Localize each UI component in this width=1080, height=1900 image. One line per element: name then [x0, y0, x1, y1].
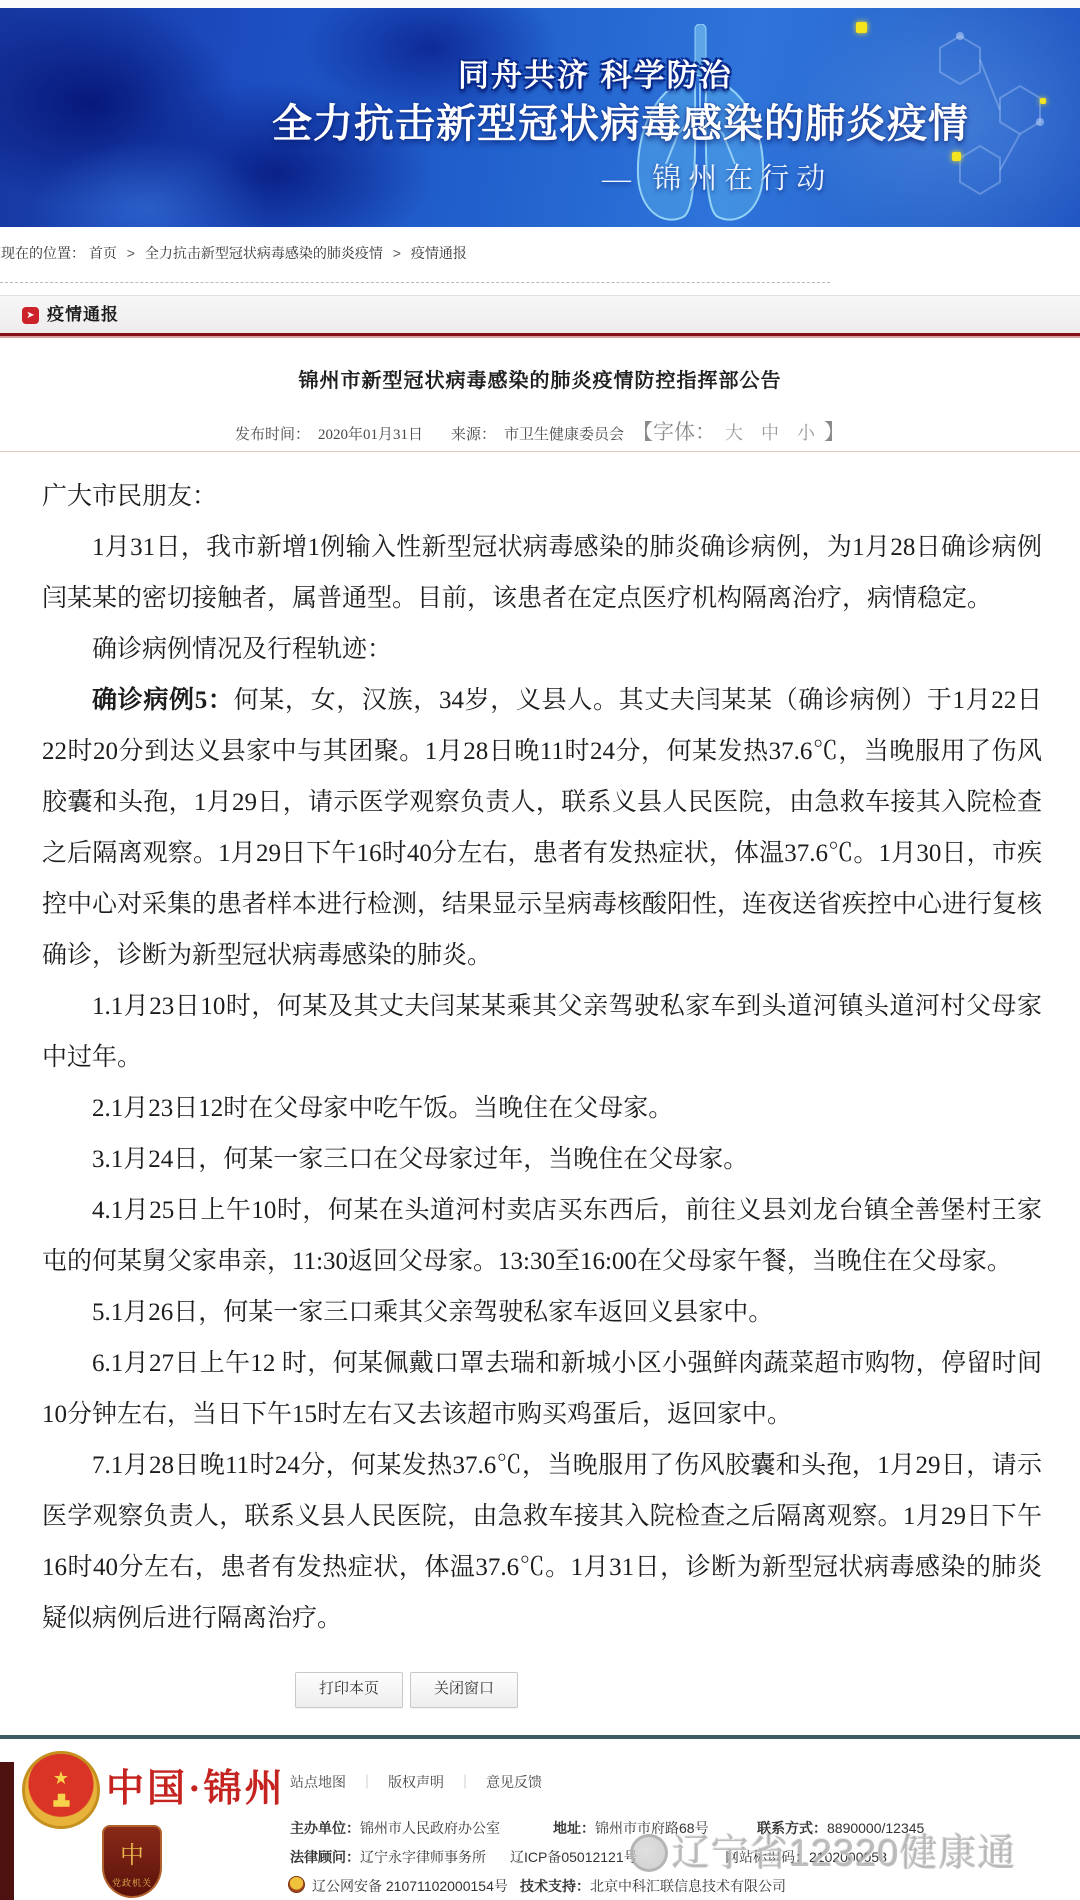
paragraph-text: 5.1月26日，何某一家三口乘其父亲驾驶私家车返回义县家中。 [92, 1299, 773, 1326]
font-size-small[interactable]: 小 [797, 423, 815, 443]
breadcrumb-item-category[interactable]: 全力抗击新型冠状病毒感染的肺炎疫情 [145, 245, 383, 261]
print-page-button[interactable]: 打印本页 [295, 1672, 403, 1708]
font-size-large[interactable]: 大 [725, 423, 743, 443]
paragraph-text: 1.1月23日10时，何某及其丈夫闫某某乘其父亲驾驶私家车到头道河镇头道河村父母… [42, 993, 1042, 1071]
footer-links: 站点地图｜版权声明｜意见反馈 [290, 1772, 542, 1792]
footer-link-sitemap[interactable]: 站点地图 [290, 1774, 346, 1790]
paragraph-text: 3.1月24日，何某一家三口在父母家过年，当晚住在父母家。 [92, 1146, 748, 1173]
virus-blob-decoration [0, 8, 240, 208]
tech-support-item: 技术支持：北京中科汇联信息技术有限公司 [520, 1876, 786, 1896]
paragraph-text: 广大市民朋友： [42, 483, 217, 510]
public-security-item[interactable]: 辽公网安备 21071102000154号 [290, 1876, 508, 1896]
breadcrumb: 您现在的位置： 首页 > 全力抗击新型冠状病毒感染的肺炎疫情 > 疫情通报 [0, 243, 467, 263]
section-title: 疫情通报 [47, 296, 119, 334]
paragraph-text: 何某，女，汉族，34岁，义县人。其丈夫闫某某（确诊病例）于1月22日22时20分… [42, 687, 1042, 969]
source-label: 来源： [451, 427, 496, 443]
footer-link-feedback[interactable]: 意见反馈 [486, 1774, 542, 1790]
font-size-label-open: 【字体： [632, 421, 716, 444]
article-paragraph: 5.1月26日，何某一家三口乘其父亲驾驶私家车返回义县家中。 [42, 1287, 1042, 1338]
party-badge-icon: 中 党政机关 [102, 1825, 162, 1898]
article-paragraph: 7.1月28日晚11时24分，何某发热37.6℃，当晚服用了伤风胶囊和头孢，1月… [42, 1440, 1042, 1644]
banner-title: 全力抗击新型冠状病毒感染的肺炎疫情 [272, 92, 969, 149]
publish-time-label: 发布时间： [235, 427, 310, 443]
footer-site-name: 中国·锦州 [106, 1757, 286, 1812]
breadcrumb-separator: > [127, 245, 135, 261]
article-paragraph: 广大市民朋友： [42, 471, 1042, 522]
footer-left-strip [0, 1762, 14, 1900]
article-paragraph: 2.1月23日12时在父母家中吃午饭。当晚住在父母家。 [42, 1083, 1042, 1134]
article-meta: 发布时间：2020年01月31日来源：市卫生健康委员会【字体：大中小】 [0, 416, 1080, 446]
close-window-button[interactable]: 关闭窗口 [410, 1672, 518, 1708]
article-paragraph: 确诊病例情况及行程轨迹： [42, 624, 1042, 675]
breadcrumb-separator: > [393, 245, 401, 261]
section-divider-light [0, 336, 1080, 338]
article-body: 广大市民朋友：1月31日，我市新增1例输入性新型冠状病毒感染的肺炎确诊病例，为1… [42, 471, 1042, 1644]
paragraph-text: 2.1月23日12时在父母家中吃午饭。当晚住在父母家。 [92, 1095, 673, 1122]
dashed-divider [0, 282, 830, 283]
national-emblem-icon: ★ ▟▙ [22, 1751, 100, 1829]
breadcrumb-label: 您现在的位置： [0, 245, 85, 261]
breadcrumb-item-current[interactable]: 疫情通报 [411, 245, 467, 261]
banner-slogan: 同舟共济 科学防治 [458, 50, 733, 95]
section-arrow-icon: ➤ [22, 307, 39, 324]
paragraph-text: 确诊病例情况及行程轨迹： [92, 636, 392, 663]
icp-license-item[interactable]: 辽ICP备05012121号 [510, 1847, 638, 1867]
article-title: 锦州市新型冠状病毒感染的肺炎疫情防控指挥部公告 [0, 364, 1080, 393]
article-paragraph: 1.1月23日10时，何某及其丈夫闫某某乘其父亲驾驶私家车到头道河镇头道河村父母… [42, 981, 1042, 1083]
article-paragraph: 4.1月25日上午10时，何某在头道河村卖店买东西后，前往义县刘龙台镇全善堡村王… [42, 1185, 1042, 1287]
legal-advisor-item: 法律顾问：辽宁永字律师事务所 [290, 1847, 486, 1867]
banner-subtitle: — 锦州在行动 [602, 156, 832, 197]
virus-blob-decoration [30, 138, 270, 227]
yellow-dot-decoration [1040, 98, 1046, 104]
address-item: 地址：锦州市市府路68号 [553, 1818, 709, 1838]
organizer-item: 主办单位：锦州市人民政府办公室 [290, 1818, 500, 1838]
paragraph-text: 7.1月28日晚11时24分，何某发热37.6℃，当晚服用了伤风胶囊和头孢，1月… [42, 1452, 1042, 1632]
breadcrumb-item-home[interactable]: 首页 [89, 245, 117, 261]
yellow-dot-decoration [952, 152, 961, 161]
contact-item: 联系方式：8890000/12345 [757, 1818, 924, 1838]
paragraph-text: 4.1月25日上午10时，何某在头道河村卖店买东西后，前往义县刘龙台镇全善堡村王… [42, 1197, 1042, 1275]
paragraph-lead: 确诊病例5： [92, 687, 234, 714]
article-paragraph: 确诊病例5：何某，女，汉族，34岁，义县人。其丈夫闫某某（确诊病例）于1月22日… [42, 675, 1042, 981]
footer: ★ ▟▙ 中国·锦州 中 党政机关 站点地图｜版权声明｜意见反馈 主办单位：锦州… [0, 1739, 1080, 1900]
yellow-dot-decoration [856, 22, 867, 33]
article-paragraph: 3.1月24日，何某一家三口在父母家过年，当晚住在父母家。 [42, 1134, 1042, 1185]
article-paragraph: 1月31日，我市新增1例输入性新型冠状病毒感染的肺炎确诊病例，为1月28日确诊病… [42, 522, 1042, 624]
article-paragraph: 6.1月27日上午12 时，何某佩戴口罩去瑞和新城小区小强鲜肉蔬菜超市购物，停留… [42, 1338, 1042, 1440]
font-size-label-close: 】 [824, 421, 845, 444]
site-id-item: 网站标识码：2102000053 [725, 1847, 887, 1867]
section-bar: ➤ 疫情通报 [0, 295, 1080, 334]
banner: 同舟共济 科学防治 全力抗击新型冠状病毒感染的肺炎疫情 — 锦州在行动 [0, 8, 1080, 227]
publish-time-value: 2020年01月31日 [318, 427, 423, 443]
security-badge-icon [288, 1876, 305, 1893]
paragraph-text: 1月31日，我市新增1例输入性新型冠状病毒感染的肺炎确诊病例，为1月28日确诊病… [42, 534, 1042, 612]
meta-divider [0, 451, 1080, 452]
font-size-medium[interactable]: 中 [761, 423, 779, 443]
top-strip [0, 0, 1080, 8]
paragraph-text: 6.1月27日上午12 时，何某佩戴口罩去瑞和新城小区小强鲜肉蔬菜超市购物，停留… [42, 1350, 1042, 1428]
footer-link-copyright[interactable]: 版权声明 [388, 1774, 444, 1790]
source-value: 市卫生健康委员会 [504, 427, 624, 443]
